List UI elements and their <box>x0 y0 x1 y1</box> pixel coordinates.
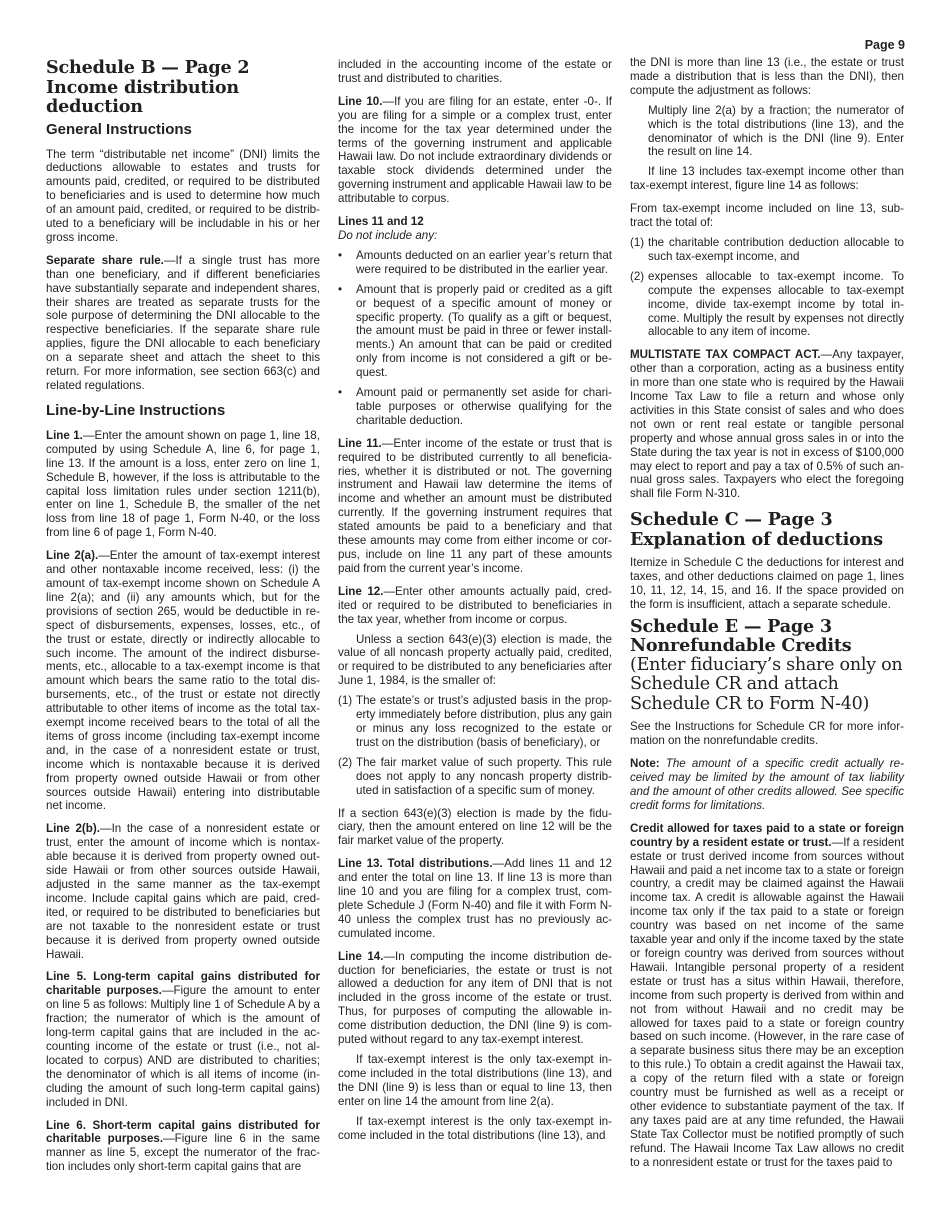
line1-text: —Enter the amount shown on page 1, line … <box>46 429 320 539</box>
column-right: the DNI is more than line 13 (i.e., the … <box>630 56 904 1179</box>
schedule-b-title: Schedule B — Page 2 Income distribution … <box>46 58 320 117</box>
line11-lead: Line 11. <box>338 437 382 450</box>
list-item-text: Amount paid or permanently set aside for… <box>356 386 612 427</box>
continued-paragraph: the DNI is more than line 13 (i.e., the … <box>630 56 904 98</box>
list-number: (1) <box>338 694 352 708</box>
line2b-text: —In the case of a nonresident estate or … <box>46 822 320 960</box>
list-item: •Amounts deducted on an earlier year’s r… <box>338 249 612 277</box>
line10-text: —If you are filing for an estate, enter … <box>338 95 612 205</box>
note-lead: Note: <box>630 757 660 770</box>
bullet-icon: • <box>338 386 342 400</box>
lines-11-12-intro: Do not include any: <box>338 229 612 243</box>
line13-paragraph: Line 13. Total distributions.—Add lines … <box>338 857 612 940</box>
page-number: Page 9 <box>865 38 905 52</box>
schedule-cr-paragraph: See the Instructions for Schedule CR for… <box>630 720 904 748</box>
note-text: The amount of a specific credit actually… <box>630 757 904 812</box>
multistate-paragraph: MULTISTATE TAX COMPACT ACT.—Any taxpay­e… <box>630 348 904 501</box>
list-item-text: The fair market value of such property. … <box>356 756 612 797</box>
election-paragraph: If a section 643(e)(3) election is made … <box>338 807 612 849</box>
bullet-icon: • <box>338 283 342 297</box>
column-middle: included in the accounting income of the… <box>338 58 612 1148</box>
column-left: Schedule B — Page 2 Income distribution … <box>46 58 320 1183</box>
multistate-lead: MULTISTATE TAX COMPACT ACT. <box>630 348 821 361</box>
multistate-text: —Any taxpay­er, other than a corporation… <box>630 348 904 500</box>
list-number: (2) <box>338 756 352 770</box>
schedule-c-title-line: Explanation of deductions <box>630 530 904 550</box>
continued-paragraph: included in the accounting income of the… <box>338 58 612 86</box>
line14-para3: If tax-exempt interest is the only tax-e… <box>338 1115 612 1143</box>
separate-share-paragraph: Separate share rule.—If a single trust h… <box>46 254 320 393</box>
if-line13-paragraph: If line 13 includes tax-exempt income ot… <box>630 165 904 193</box>
exclusion-list: •Amounts deducted on an earlier year’s r… <box>338 249 612 428</box>
credit-paragraph: Credit allowed for taxes paid to a state… <box>630 822 904 1170</box>
schedule-b-title-line: Income distribution <box>46 78 320 98</box>
line12-lead: Line 12. <box>338 585 383 598</box>
list-number: (2) <box>630 270 644 284</box>
line6-paragraph: Line 6. Short-term capital gains distrib… <box>46 1119 320 1175</box>
schedule-e-title-line: Nonrefundable Credits <box>630 636 904 656</box>
list-item: (2)expenses allocable to tax-exempt inco… <box>630 270 904 340</box>
list-item: (2)The fair market value of such propert… <box>338 756 612 798</box>
list-item-text: The estate’s or trust’s adjusted basis i… <box>356 694 612 749</box>
line1-paragraph: Line 1.—Enter the amount shown on page 1… <box>46 429 320 540</box>
lines-11-12-heading: Lines 11 and 12 <box>338 215 612 229</box>
line10-paragraph: Line 10.—If you are filing for an estate… <box>338 95 612 206</box>
line2a-text: —Enter the amount of tax-exempt interest… <box>46 549 320 812</box>
list-item: •Amount that is properly paid or credite… <box>338 283 612 380</box>
dni-paragraph: The term “distributable net income” (DNI… <box>46 148 320 245</box>
line11-paragraph: Line 11.—Enter income of the estate or t… <box>338 437 612 576</box>
separate-share-lead: Separate share rule. <box>46 254 164 267</box>
line14-paragraph: Line 14.—In computing the income distrib… <box>338 950 612 1047</box>
line11-text: —Enter income of the estate or trust tha… <box>338 437 612 575</box>
line14-para2: If tax-exempt interest is the only tax-e… <box>338 1053 612 1109</box>
line14-lead: Line 14. <box>338 950 383 963</box>
bullet-icon: • <box>338 249 342 263</box>
line2b-paragraph: Line 2(b).—In the case of a nonresident … <box>46 822 320 961</box>
schedule-c-title-line: Schedule C — Page 3 <box>630 510 904 530</box>
line14-text: —In computing the income distribution de… <box>338 950 612 1046</box>
list-item: (1)the charitable contribution deduction… <box>630 236 904 264</box>
line13-lead: Line 13. Total distributions. <box>338 857 493 870</box>
multiply-paragraph: Multiply line 2(a) by a fraction; the nu… <box>630 104 904 160</box>
schedule-c-paragraph: Itemize in Schedule C the deductions for… <box>630 556 904 612</box>
list-item: •Amount paid or permanently set aside fo… <box>338 386 612 428</box>
list-item-text: Amount that is properly paid or credited… <box>356 283 612 379</box>
line2a-paragraph: Line 2(a).—Enter the amount of tax-exemp… <box>46 549 320 813</box>
line12-paragraph: Line 12.—Enter other amounts actually pa… <box>338 585 612 627</box>
noncash-paragraph: Unless a section 643(e)(3) election is m… <box>338 633 612 689</box>
schedule-e-subtitle: (Enter fiduciary’s share only on Schedul… <box>630 656 904 715</box>
list-item-text: Amounts deducted on an earlier year’s re… <box>356 249 612 276</box>
general-instructions-heading: General Instructions <box>46 121 320 139</box>
line1-lead: Line 1. <box>46 429 83 442</box>
schedule-e-title: Schedule E — Page 3 Nonrefundable Credit… <box>630 617 904 656</box>
smaller-of-list: (1)The estate’s or trust’s adjusted basi… <box>338 694 612 797</box>
schedule-c-title: Schedule C — Page 3 Explanation of deduc… <box>630 510 904 549</box>
subtract-paragraph: From tax-exempt income included on line … <box>630 202 904 230</box>
schedule-b-title-line: Schedule B — Page 2 <box>46 58 320 78</box>
line2a-lead: Line 2(a). <box>46 549 98 562</box>
separate-share-text: —If a single trust has more than one ben… <box>46 254 320 392</box>
credit-text: —If a resident estate or trust derived i… <box>630 836 904 1169</box>
note-paragraph: Note: The amount of a specific credit ac… <box>630 757 904 813</box>
list-number: (1) <box>630 236 644 250</box>
schedule-b-title-line: deduction <box>46 97 320 117</box>
list-item: (1)The estate’s or trust’s adjusted basi… <box>338 694 612 750</box>
schedule-e-title-line: Schedule E — Page 3 <box>630 617 904 637</box>
line5-paragraph: Line 5. Long-term capital gains distribu… <box>46 970 320 1109</box>
subtract-list: (1)the charitable contribution deduction… <box>630 236 904 339</box>
line-by-line-heading: Line-by-Line Instructions <box>46 402 320 420</box>
line5-text: —Figure the amount to enter on line 5 as… <box>46 984 320 1108</box>
line2b-lead: Line 2(b). <box>46 822 100 835</box>
line10-lead: Line 10. <box>338 95 382 108</box>
list-item-text: expenses allocable to tax-exempt income.… <box>648 270 904 339</box>
list-item-text: the charitable contribution deduction al… <box>648 236 904 263</box>
